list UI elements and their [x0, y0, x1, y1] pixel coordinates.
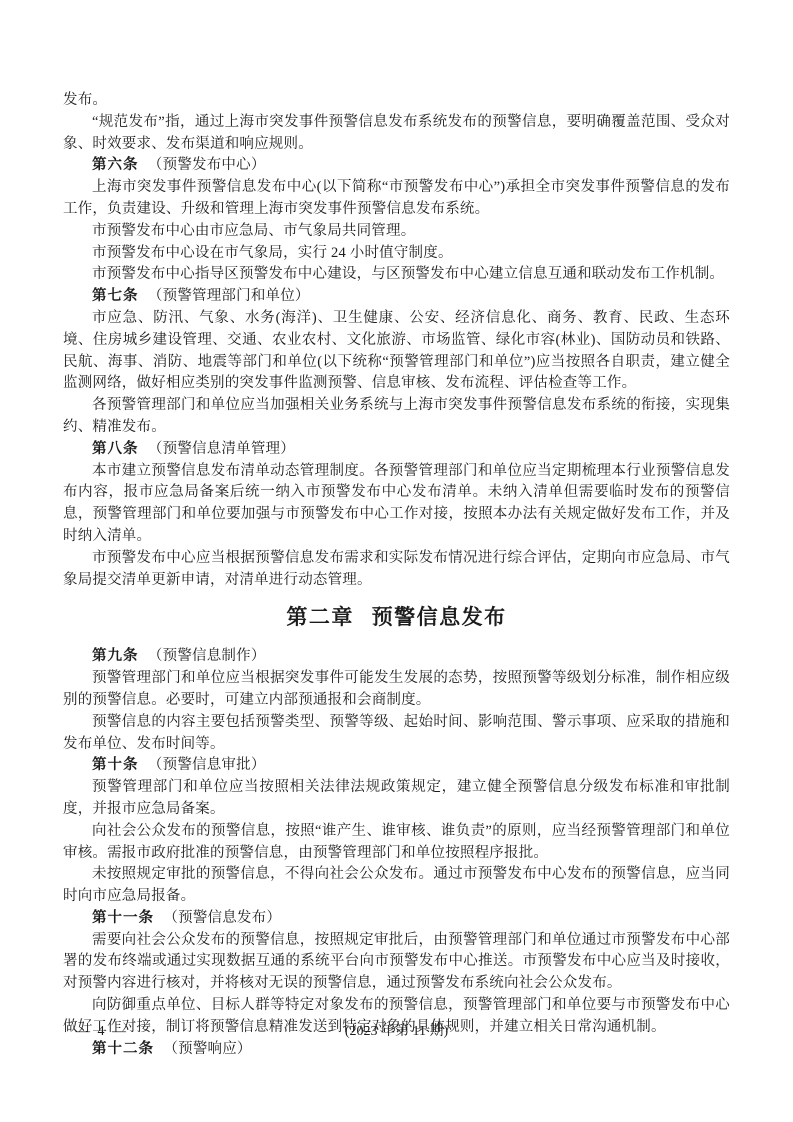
body-paragraph: 上海市突发事件预警信息发布中心(以下简称“市预警发布中心”)承担全市突发事件预警…	[63, 177, 730, 221]
document-body: 发布。 “规范发布”指，通过上海市突发事件预警信息发布系统发布的预警信息，要明确…	[63, 90, 730, 1060]
chapter-title: 预警信息发布	[372, 606, 507, 629]
article-title: （预警发布中心）	[148, 157, 266, 173]
chapter-heading: 第二章预警信息发布	[63, 600, 730, 636]
article-heading: 第七条（预警管理部门和单位）	[63, 286, 730, 308]
article-title: （预警信息发布）	[163, 910, 281, 926]
body-paragraph: 未按照规定审批的预警信息，不得向社会公众发布。通过市预警发布中心发布的预警信息，…	[63, 864, 730, 908]
page-footer: — 4 — (2023 年第 11 期)	[63, 1022, 730, 1042]
article-heading: 第九条（预警信息制作）	[63, 646, 730, 668]
body-paragraph: 预警管理部门和单位应当根据突发事件可能发生发展的态势，按照预警等级划分标准，制作…	[63, 668, 730, 712]
article-number: 第六条	[92, 157, 139, 173]
article-number: 第九条	[92, 648, 139, 664]
article-title: （预警信息清单管理）	[148, 441, 295, 457]
body-paragraph: 预警信息的内容主要包括预警类型、预警等级、起始时间、影响范围、警示事项、应采取的…	[63, 712, 730, 756]
body-paragraph: “规范发布”指，通过上海市突发事件预警信息发布系统发布的预警信息，要明确覆盖范围…	[63, 112, 730, 156]
issue-number: (2023 年第 11 期)	[345, 1022, 448, 1042]
chapter-number: 第二章	[286, 606, 354, 629]
article-title: （预警信息审批）	[148, 757, 266, 773]
article-number: 第十条	[92, 757, 139, 773]
article-title: （预警管理部门和单位）	[148, 288, 310, 304]
article-title: （预警响应）	[163, 1041, 251, 1057]
body-paragraph: 发布。	[63, 90, 730, 112]
body-paragraph: 市预警发布中心设在市气象局，实行 24 小时值守制度。	[63, 243, 730, 265]
article-heading: 第十一条（预警信息发布）	[63, 908, 730, 930]
body-paragraph: 市预警发布中心由市应急局、市气象局共同管理。	[63, 221, 730, 243]
body-paragraph: 预警管理部门和单位应当按照相关法律法规政策规定，建立健全预警信息分级发布标准和审…	[63, 777, 730, 821]
article-heading: 第六条（预警发布中心）	[63, 155, 730, 177]
body-paragraph: 市预警发布中心应当根据预警信息发布需求和实际发布情况进行综合评估，定期向市应急局…	[63, 548, 730, 592]
body-paragraph: 市应急、防汛、气象、水务(海洋)、卫生健康、公安、经济信息化、商务、教育、民政、…	[63, 308, 730, 395]
article-number: 第八条	[92, 441, 139, 457]
body-paragraph: 本市建立预警信息发布清单动态管理制度。各预警管理部门和单位应当定期梳理本行业预警…	[63, 461, 730, 548]
article-number: 第七条	[92, 288, 139, 304]
body-paragraph: 各预警管理部门和单位应当加强相关业务系统与上海市突发事件预警信息发布系统的衔接，…	[63, 395, 730, 439]
page-number: — 4 —	[76, 1022, 128, 1042]
gazette-page: 发布。 “规范发布”指，通过上海市突发事件预警信息发布系统发布的预警信息，要明确…	[0, 0, 793, 1122]
body-paragraph: 市预警发布中心指导区预警发布中心建设，与区预警发布中心建立信息互通和联动发布工作…	[63, 264, 730, 286]
article-title: （预警信息制作）	[148, 648, 266, 664]
body-paragraph: 需要向社会公众发布的预警信息，按照规定审批后，由预警管理部门和单位通过市预警发布…	[63, 930, 730, 995]
body-paragraph: 向社会公众发布的预警信息，按照“谁产生、谁审核、谁负责”的原则，应当经预警管理部…	[63, 821, 730, 865]
article-heading: 第十条（预警信息审批）	[63, 755, 730, 777]
article-heading: 第八条（预警信息清单管理）	[63, 439, 730, 461]
article-number: 第十一条	[92, 910, 154, 926]
article-number: 第十二条	[92, 1041, 154, 1057]
